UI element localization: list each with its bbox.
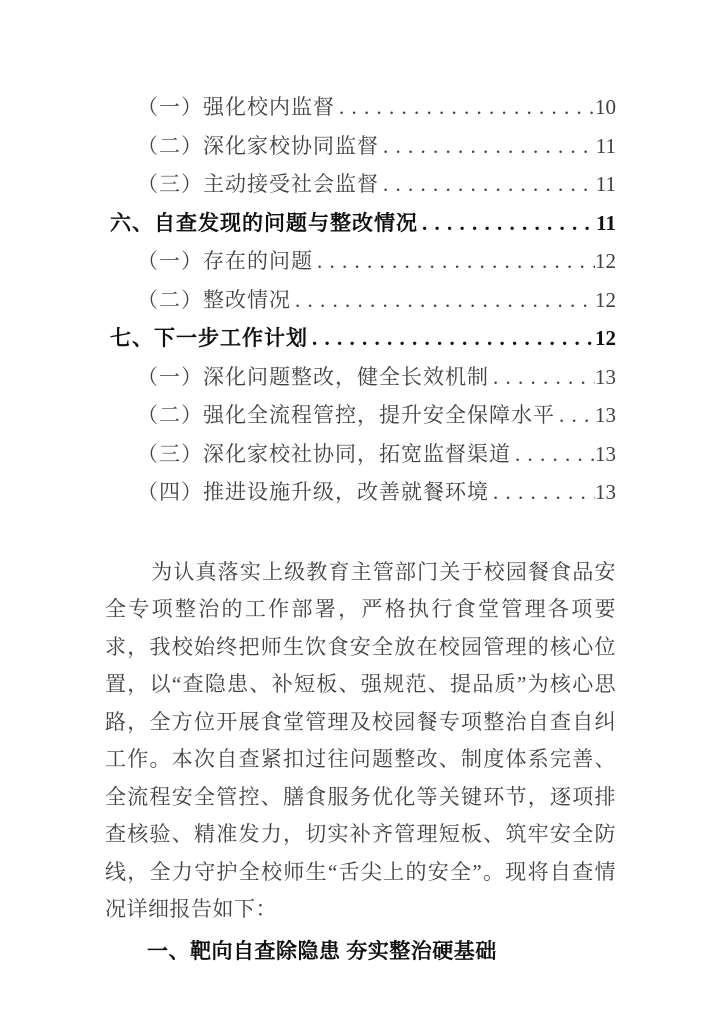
toc-entry-label: （三）主动接受社会监督 [137,165,379,204]
toc-dot-leader: . . . . . . . . . . . . . . . . . . . . … [555,396,595,435]
toc-entry: （一）存在的问题 . . . . . . . . . . . . . . . .… [137,242,616,281]
toc-page-number: 12 [595,242,616,281]
toc-entry: （二）深化家校协同监督 . . . . . . . . . . . . . . … [137,127,616,166]
toc-entry-label: （一）存在的问题 [137,242,313,281]
toc-entry: （一）强化校内监督 . . . . . . . . . . . . . . . … [137,88,616,127]
toc-page-number: 10 [595,88,616,127]
toc-entry-label: （一）深化问题整改，健全长效机制 [137,358,489,397]
toc-page-number: 12 [595,319,616,358]
section-heading: 一、靶向自查除隐患 夯实整治硬基础 [105,933,616,971]
toc-dot-leader: . . . . . . . . . . . . . . . . . . . . … [313,242,595,281]
toc-entry-label: （二）整改情况 [137,281,291,320]
document-page: （一）强化校内监督 . . . . . . . . . . . . . . . … [0,0,724,1024]
table-of-contents: （一）强化校内监督 . . . . . . . . . . . . . . . … [105,88,616,512]
toc-entry: （一）深化问题整改，健全长效机制 . . . . . . . . . . . .… [137,358,616,397]
toc-page-number: 13 [595,396,616,435]
toc-dot-leader: . . . . . . . . . . . . . . . . . . . . … [511,435,595,474]
toc-entry: （三）深化家校社协同，拓宽监督渠道 . . . . . . . . . . . … [137,435,616,474]
toc-entry: （二）整改情况 . . . . . . . . . . . . . . . . … [137,281,616,320]
intro-paragraph: 为认真落实上级教育主管部门关于校园餐食品安全专项整治的工作部署，严格执行食堂管理… [105,554,616,929]
toc-entry: （三）主动接受社会监督 . . . . . . . . . . . . . . … [137,165,616,204]
toc-entry: （二）强化全流程管控，提升安全保障水平 . . . . . . . . . . … [137,396,616,435]
toc-page-number: 12 [595,281,616,320]
toc-page-number: 13 [595,435,616,474]
toc-page-number: 13 [595,358,616,397]
toc-page-number: 13 [595,473,616,512]
toc-page-number: 11 [596,204,616,243]
toc-entry-label: 七、下一步工作计划 [110,319,308,358]
toc-entry-label: （三）深化家校社协同，拓宽监督渠道 [137,435,511,474]
toc-page-number: 11 [596,165,616,204]
toc-dot-leader: . . . . . . . . . . . . . . . . . . . . … [379,127,596,166]
toc-dot-leader: . . . . . . . . . . . . . . . . . . . . … [291,281,595,320]
toc-dot-leader: . . . . . . . . . . . . . . . . . . . . … [418,204,596,243]
toc-dot-leader: . . . . . . . . . . . . . . . . . . . . … [489,358,595,397]
toc-entry-label: （二）强化全流程管控，提升安全保障水平 [137,396,555,435]
toc-page-number: 11 [596,127,616,166]
toc-entry-label: （四）推进设施升级，改善就餐环境 [137,473,489,512]
toc-entry: 七、下一步工作计划 . . . . . . . . . . . . . . . … [110,319,616,358]
document-body: 为认真落实上级教育主管部门关于校园餐食品安全专项整治的工作部署，严格执行食堂管理… [105,554,616,971]
toc-dot-leader: . . . . . . . . . . . . . . . . . . . . … [489,473,595,512]
toc-entry-label: （二）深化家校协同监督 [137,127,379,166]
toc-entry: （四）推进设施升级，改善就餐环境 . . . . . . . . . . . .… [137,473,616,512]
toc-dot-leader: . . . . . . . . . . . . . . . . . . . . … [335,88,595,127]
toc-dot-leader: . . . . . . . . . . . . . . . . . . . . … [308,319,595,358]
toc-entry-label: 六、自查发现的问题与整改情况 [110,204,418,243]
toc-entry-label: （一）强化校内监督 [137,88,335,127]
toc-dot-leader: . . . . . . . . . . . . . . . . . . . . … [379,165,596,204]
toc-entry: 六、自查发现的问题与整改情况 . . . . . . . . . . . . .… [110,204,616,243]
